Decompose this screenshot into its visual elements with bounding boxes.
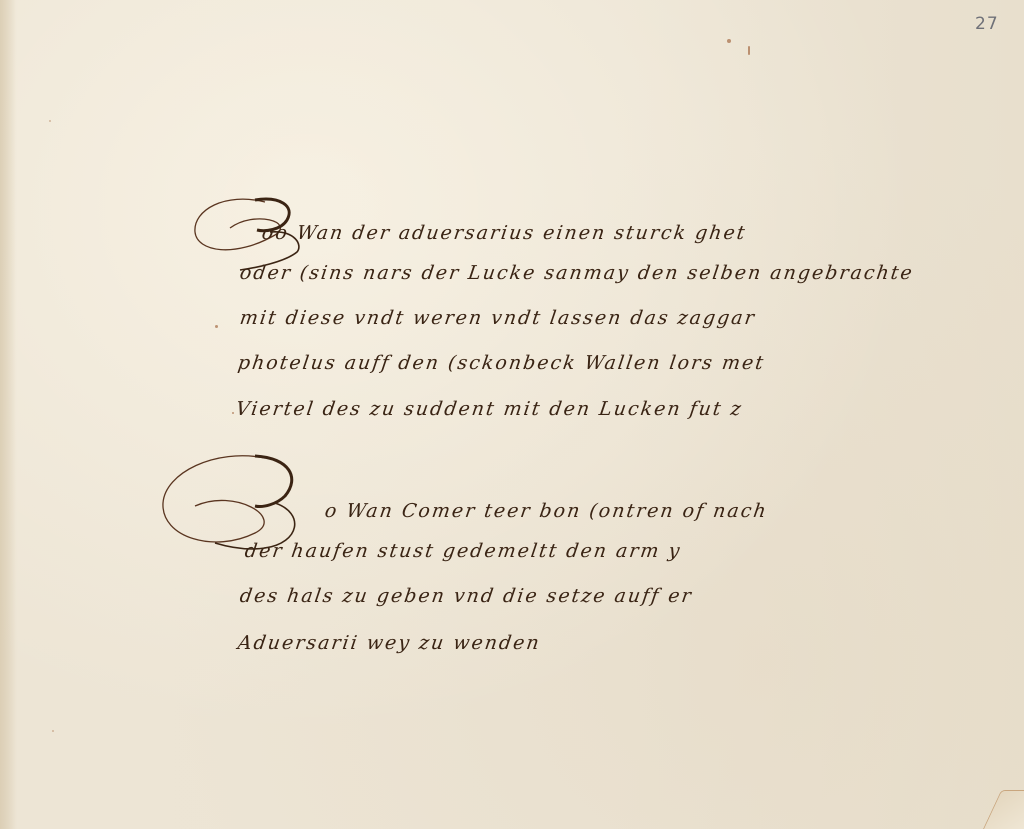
manuscript-line: o Wan Comer teer bon (ontren of nach [323,500,769,522]
paper-speck [232,412,234,414]
paper-speck [727,39,731,43]
manuscript-page: 27 oo Wan der aduersarius einen sturck g… [0,0,1024,829]
manuscript-line: mit diese vndt weren vndt lassen das zag… [238,307,757,329]
manuscript-line: oder (sins nars der Lucke sanmay den sel… [238,262,915,284]
folded-page-corner [983,790,1024,829]
paper-speck [215,325,218,328]
manuscript-line: Viertel des zu suddent mit den Lucken fu… [234,398,744,420]
manuscript-line: Aduersarii wey zu wenden [236,632,542,654]
manuscript-line: photelus auff den (sckonbeck Wallen lors… [236,352,766,374]
manuscript-line: oo Wan der aduersarius einen sturck ghet [260,222,748,244]
paper-speck [748,46,750,55]
manuscript-line: des hals zu geben vnd die setze auff er [238,585,694,607]
paper-speck [52,730,54,732]
folio-number: 27 [975,14,999,34]
paper-speck [49,120,51,122]
manuscript-line: der haufen stust gedemeltt den arm y [243,540,682,562]
